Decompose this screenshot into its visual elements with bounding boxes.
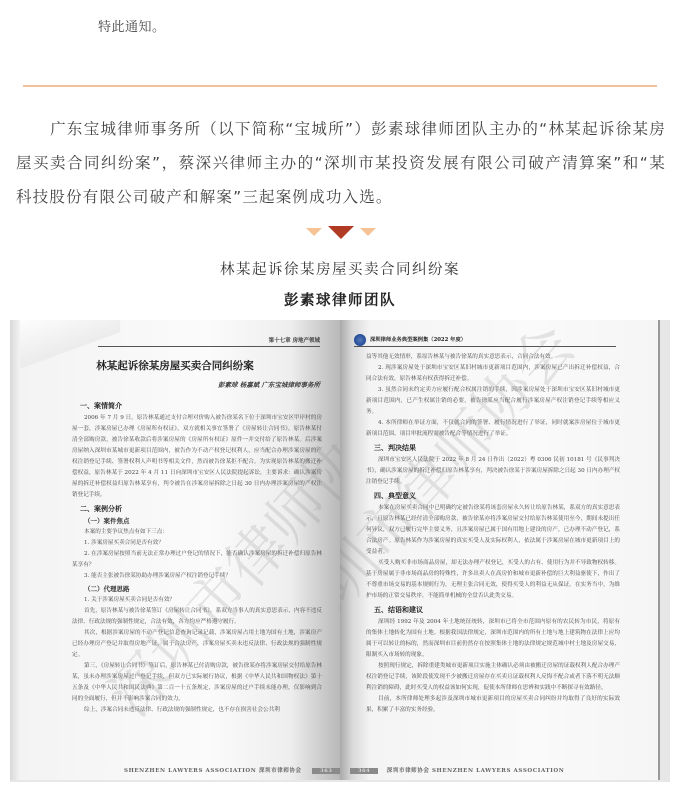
case-team: 彭素球律师团队 xyxy=(0,289,680,310)
section-heading: 五、结语和建议 xyxy=(374,605,620,615)
page-header: 第十七章 房地产领域 xyxy=(98,336,320,347)
paragraph: 首先，原告林某与被告徐某签订《房屋转让合同书》，系双方当事人的真实意思表示，内容… xyxy=(72,606,322,628)
paragraph: 其次，根据涉案房屋的不动产登记信息查询记录记载，涉案房屋占用土地为国有土地，涉案… xyxy=(72,628,322,661)
book-spread-image: 第十七章 房地产领域 林某起诉徐某房屋买卖合同纠纷案 彭素球 杨嘉斌 广东宝城律… xyxy=(10,320,670,782)
right-page-body: 益等其他无效情形，系原告林某与被告徐某的真实意思表示，合同合法有效。 2. 现涉… xyxy=(366,352,620,716)
paragraph: 综上，涉案合同未违反法律、行政法规的强制性规定，也不存在损害社会公共利 xyxy=(72,705,322,716)
header-text: 深圳律师业务典型案例集（2022 年度） xyxy=(370,337,466,343)
paragraph: 深圳经 1992 年及 2004 年土地统征统转，深圳市已将全市范围内原有的农民… xyxy=(366,617,620,661)
paragraph: 益等其他无效情形，系原告林某与被告徐某的真实意思表示，合同合法有效。 xyxy=(366,352,620,363)
section-heading: 二、案例分析 xyxy=(80,504,322,514)
footer-en: SHENZHEN LAWYERS ASSOCIATION xyxy=(432,768,564,774)
article-title: 林某起诉徐某房屋买卖合同纠纷案 xyxy=(10,358,340,373)
footer-cn: 深圳市律师协会 xyxy=(387,768,430,774)
list-item: 3. 能否主张被告徐某协助办理涉案房屋产权注销登记手续？ xyxy=(72,571,322,582)
paragraph: 2. 现涉案房屋处于深圳市宝安区某旧村城市更新项目范围内，涉案房屋已产出拆迁补偿… xyxy=(366,363,620,385)
arrow-down-icon xyxy=(328,226,354,239)
notice-text: 特此通知。 xyxy=(98,16,166,35)
page-footer: 364 深圳市律师协会 SHENZHEN LAWYERS ASSOCIATION xyxy=(350,766,564,774)
paragraph: 深圳市宝安区人民法院于 2022 年 8 月 24 日作出（2022）粤 030… xyxy=(366,455,620,488)
article-authors: 彭素球 杨嘉斌 广东宝城律师事务所 xyxy=(218,380,320,389)
section-divider xyxy=(23,85,657,87)
paragraph: 2006 年 7 月 9 日，原告林某通过支付合理对价购入被告徐某名下位于深圳市… xyxy=(72,413,322,501)
case-title: 林某起诉徐某房屋买卖合同纠纷案 xyxy=(0,258,680,279)
section-heading: 一、案情简介 xyxy=(80,401,322,411)
paragraph: 本案的主要争议焦点有如下三点： xyxy=(72,527,322,538)
list-item: 1. 涉案房屋买卖合同是否有效？ xyxy=(72,538,322,549)
page-number: 363 xyxy=(312,768,340,774)
paragraph: 本案在房屋买卖合同中已明确约定被告徐某将该套房屋永久转让给原告林某，系双方的真实… xyxy=(366,503,620,558)
book-right-page: 深圳律师业务典型案例集（2022 年度） 益等其他无效情形，系原告林某与被告徐某… xyxy=(340,320,660,780)
page-header: 深圳律师业务典型案例集（2022 年度） xyxy=(354,334,616,347)
paragraph: 1. 关于涉案房屋买卖合同是否有效？ xyxy=(72,595,322,606)
section-heading: 四、典型意义 xyxy=(374,491,620,501)
book-left-page: 第十七章 房地产领域 林某起诉徐某房屋买卖合同纠纷案 彭素球 杨嘉斌 广东宝城律… xyxy=(10,320,340,780)
footer-cn: 深圳市律师协会 xyxy=(259,768,302,774)
subsection-heading: （一）案件焦点 xyxy=(84,516,322,525)
page-number: 364 xyxy=(350,768,378,774)
decorative-arrows xyxy=(300,226,380,246)
arrow-down-icon xyxy=(306,228,322,236)
intro-text: 广东宝城律师事务所（以下简称“宝城所”）彭素球律师团队主办的“林某起诉徐某房屋买… xyxy=(16,120,666,206)
paragraph: 按照现行规定，拆除重建类城市更新项目实施主体确认必须由被搬迁房屋的证载权利人配合… xyxy=(366,661,620,694)
intro-paragraph: 广东宝城律师事务所（以下简称“宝城所”）彭素球律师团队主办的“林某起诉徐某房屋买… xyxy=(16,112,666,214)
section-heading: 三、判决结果 xyxy=(374,443,620,453)
list-item: 2. 在涉案房屋按照当前无法正常办理过户登记的情况下，能否确认涉案房屋的拆迁补偿… xyxy=(72,549,322,571)
footer-en: SHENZHEN LAWYERS ASSOCIATION xyxy=(124,768,256,774)
paragraph: 目前，本所律师处理多起涉及深圳市城市更新项目的房屋买卖合同纠纷并均取得了良好的实… xyxy=(366,694,620,716)
paragraph: 买受人购买非市场商品房屋，却无法办理产权登记，买受人的占有、使用行为并不导致物权… xyxy=(366,558,620,602)
paragraph: 4. 本所律师在举证方面，不仅就合同的签署、履行情况进行了举证，同时就案涉房屋位… xyxy=(366,418,620,440)
arrow-down-icon xyxy=(360,228,376,236)
left-page-body: 一、案情简介 2006 年 7 月 9 日，原告林某通过支付合理对价购入被告徐某… xyxy=(72,398,322,716)
subsection-heading: （二）代理思路 xyxy=(84,584,322,593)
page-footer: SHENZHEN LAWYERS ASSOCIATION 深圳市律师协会 363 xyxy=(124,766,340,774)
association-logo-icon xyxy=(354,334,366,346)
paragraph: 3. 虽然合同未约定卖方应履行配合权属注销的手续，因涉案房屋处于深圳市宝安区某旧… xyxy=(366,385,620,418)
paragraph: 第三，《房屋转让合同书》签订后，原告林某已付清购房款，被告徐某亦将涉案房屋交付给… xyxy=(72,661,322,705)
